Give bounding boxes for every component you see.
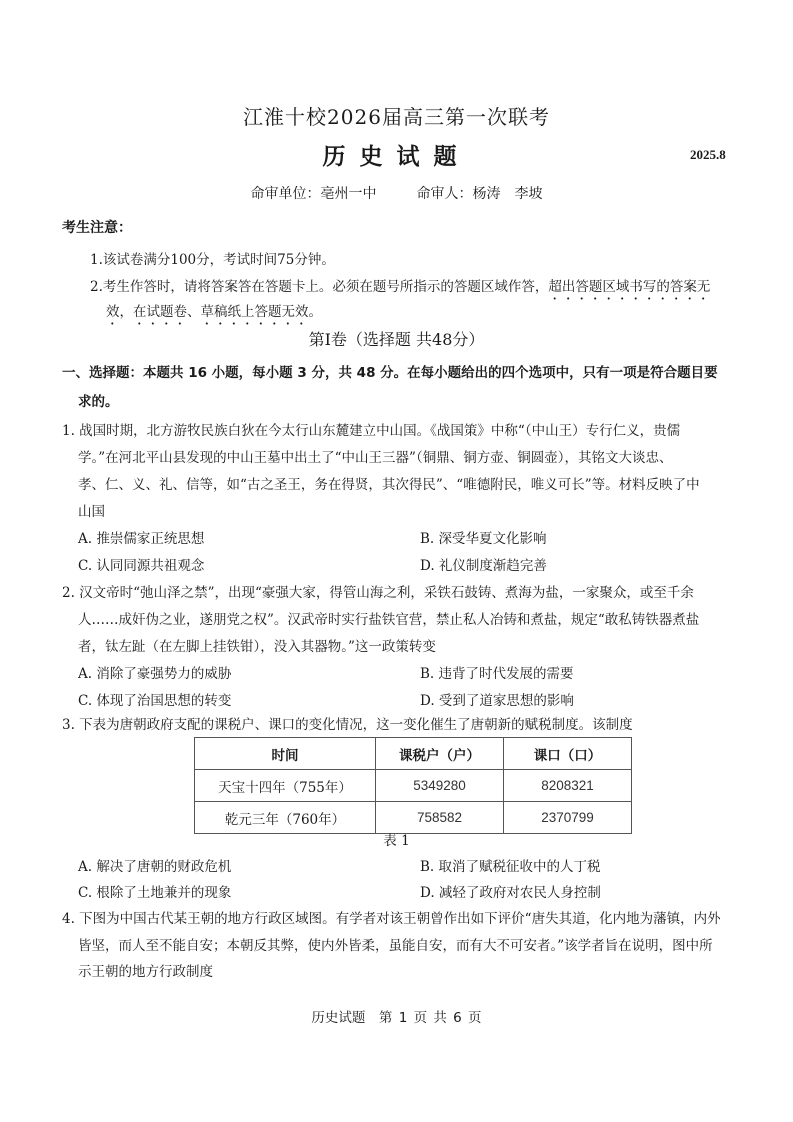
- q1-option-a[interactable]: A. 推崇儒家正统思想: [78, 527, 204, 547]
- exam-date: 2025.8: [690, 147, 726, 163]
- page-footer: 历史试题 第 1 页 共 6 页: [0, 1006, 793, 1026]
- q2-option-a[interactable]: A. 消除了豪强势力的威胁: [78, 662, 231, 682]
- q2-option-c[interactable]: C. 体现了治国思想的转变: [78, 689, 231, 709]
- question-3-line-1: 3. 下表为唐朝政府支配的课税户、课口的变化情况，这一变化催生了唐朝新的赋税制度…: [62, 713, 633, 733]
- q3-option-a[interactable]: A. 解决了唐朝的财政危机: [78, 855, 231, 875]
- q3-option-c[interactable]: C. 根除了土地兼并的现象: [78, 881, 231, 901]
- question-1-line-3: 孝、仁、义、礼、信等，如“古之圣王，务在得贤，其次得民”、“唯德附民，唯义可长”…: [78, 473, 700, 493]
- q2-option-d[interactable]: D. 受到了道家思想的影响: [420, 689, 574, 709]
- setters-line: 命审单位：亳州一中命审人：杨涛 李坡: [0, 183, 793, 203]
- question-4-line-2: 皆坚，而人至不能自安；本朝反其弊，使内外皆柔，虽能自安，而有大不可安者。”该学者…: [78, 934, 713, 954]
- q3-option-b[interactable]: B. 取消了赋税征收中的人丁税: [420, 855, 601, 875]
- q3-option-d[interactable]: D. 减轻了政府对农民人身控制: [420, 881, 601, 901]
- question-4-line-3: 示王朝的地方行政制度: [78, 960, 213, 980]
- notice-item-2-emphasis: 超出答题区域书写的答案无: [548, 279, 710, 295]
- question-1-line-2: 学。”在河北平山县发现的中山王墓中出土了“中山王三器”（铜鼎、铜方壶、铜圆壶），…: [78, 446, 672, 466]
- question-4-line-1: 4. 下图为中国古代某王朝的地方行政区域图。有学者对该王朝曾作出如下评价“唐失其…: [62, 907, 721, 927]
- notice-heading: 考生注意：: [62, 217, 132, 237]
- setter-unit: 命审单位：亳州一中: [251, 186, 377, 202]
- table-row: 天宝十四年（755年） 5349280 8208321: [195, 770, 632, 802]
- table-header-households: 课税户（户）: [376, 738, 504, 770]
- table-header-time: 时间: [195, 738, 376, 770]
- table-header-row: 时间 课税户（户） 课口（口）: [195, 738, 632, 770]
- question-1-line-1: 1. 战国时期，北方游牧民族白狄在今太行山东麓建立中山国。《战国策》中称“（中山…: [62, 419, 680, 439]
- subject-title: 历史试题: [0, 138, 793, 171]
- question-2-line-2: 人……成奸伪之业，遂朋党之权”。汉武帝时实行盐铁官营，禁止私人冶铸和煮盐，规定“…: [78, 608, 699, 628]
- q1-option-c[interactable]: C. 认同同源共祖观念: [78, 554, 204, 574]
- table-caption: 表 1: [0, 829, 793, 849]
- notice-item-1: 1.该试卷满分100分，考试时间75分钟。: [90, 248, 335, 268]
- table-cell: 天宝十四年（755年）: [195, 770, 376, 802]
- setter-people: 命审人：杨涛 李坡: [417, 186, 543, 202]
- question-1-line-4: 山国: [78, 500, 105, 520]
- table-cell: 8208321: [504, 770, 632, 802]
- notice-item-2-emphasis-cont: 效，在试题卷、草稿纸上答题无效。: [106, 300, 322, 328]
- table-cell: 5349280: [376, 770, 504, 802]
- section-instruction: 一、选择题：本题共 16 小题，每小题 3 分，共 48 分。在每小题给出的四个…: [62, 361, 718, 381]
- question-2-line-3: 者，钛左趾（在左脚上挂铁钳），没入其器物。”这一政策转变: [78, 635, 436, 655]
- notice-item-2-text: 2.考生作答时，请将答案答在答题卡上。必须在题号所指示的答题区域作答，: [90, 279, 548, 295]
- part-title: 第Ⅰ卷（选择题 共48分）: [0, 327, 793, 350]
- exam-title: 江淮十校2026届高三第一次联考: [0, 101, 793, 130]
- question-2-line-1: 2. 汉文帝时“弛山泽之禁”，出现“豪强大家，得管山海之利，采铁石鼓铸、煮海为盐…: [62, 581, 694, 601]
- q2-option-b[interactable]: B. 违背了时代发展的需要: [420, 662, 574, 682]
- q1-option-d[interactable]: D. 礼仪制度渐趋完善: [420, 554, 547, 574]
- notice-item-2: 2.考生作答时，请将答案答在答题卡上。必须在题号所指示的答题区域作答，超出答题区…: [90, 275, 710, 303]
- q1-option-b[interactable]: B. 深受华夏文化影响: [420, 527, 547, 547]
- section-instruction-cont: 求的。: [78, 390, 119, 410]
- table-header-persons: 课口（口）: [504, 738, 632, 770]
- data-table: 时间 课税户（户） 课口（口） 天宝十四年（755年） 5349280 8208…: [194, 737, 632, 834]
